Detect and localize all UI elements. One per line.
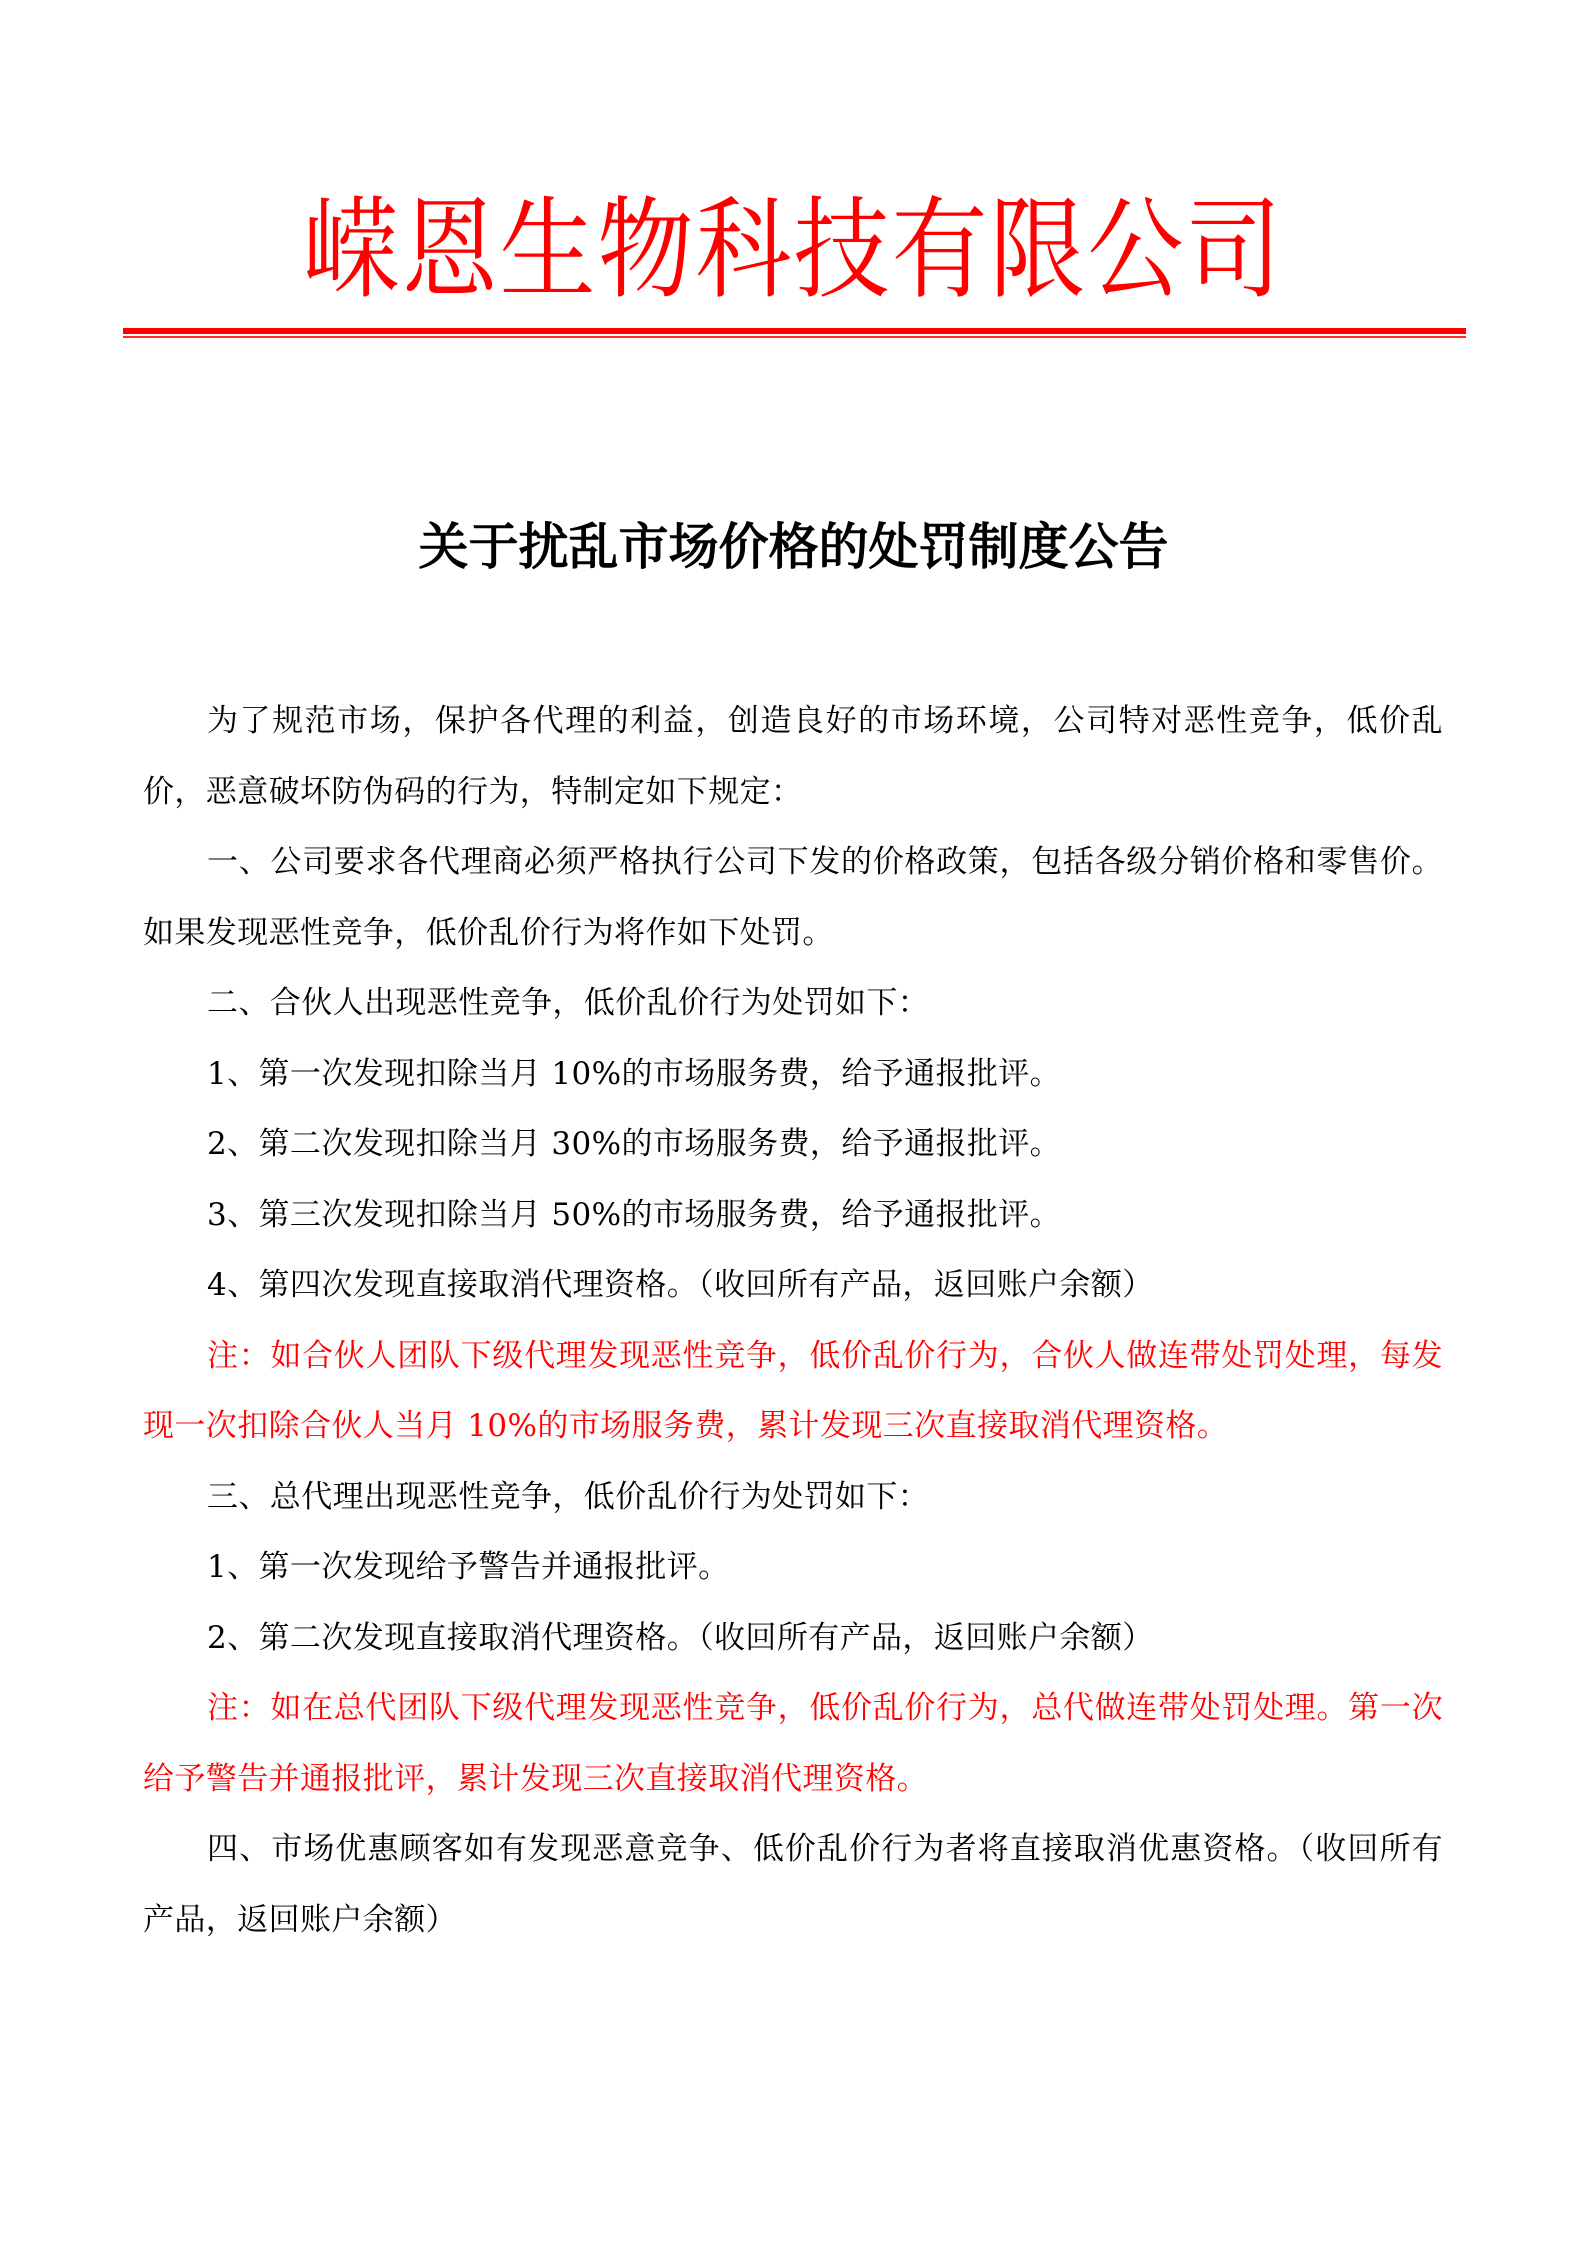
document-title: 关于扰乱市场价格的处罚制度公告: [0, 512, 1587, 582]
section-3-item-2: 2、第二次发现直接取消代理资格。（收回所有产品，返回账户余额）: [143, 1603, 1443, 1674]
letterhead-divider-thin: [123, 336, 1466, 338]
company-letterhead: 嵘恩生物科技有限公司: [0, 181, 1587, 319]
section-4-paragraph: 四、市场优惠顾客如有发现恶意竞争、低价乱价行为者将直接取消优惠资格。（收回所有产…: [143, 1814, 1443, 1955]
letterhead-divider-thick: [123, 328, 1466, 334]
section-1-paragraph: 一、公司要求各代理商必须严格执行公司下发的价格政策，包括各级分销价格和零售价。如…: [143, 827, 1443, 968]
section-2-heading: 二、合伙人出现恶性竞争，低价乱价行为处罚如下：: [143, 968, 1443, 1039]
section-2-note: 注：如合伙人团队下级代理发现恶性竞争，低价乱价行为，合伙人做连带处罚处理，每发现…: [143, 1321, 1443, 1462]
section-3-item-1: 1、第一次发现给予警告并通报批评。: [143, 1532, 1443, 1603]
section-3-note: 注：如在总代团队下级代理发现恶性竞争，低价乱价行为，总代做连带处罚处理。第一次给…: [143, 1673, 1443, 1814]
section-2-item-4: 4、第四次发现直接取消代理资格。（收回所有产品，返回账户余额）: [143, 1250, 1443, 1321]
document-body: 为了规范市场，保护各代理的利益，创造良好的市场环境，公司特对恶性竞争，低价乱价，…: [143, 686, 1443, 1955]
section-2-item-3: 3、第三次发现扣除当月 50%的市场服务费，给予通报批评。: [143, 1180, 1443, 1251]
section-2-item-1: 1、第一次发现扣除当月 10%的市场服务费，给予通报批评。: [143, 1039, 1443, 1110]
intro-paragraph: 为了规范市场，保护各代理的利益，创造良好的市场环境，公司特对恶性竞争，低价乱价，…: [143, 686, 1443, 827]
section-2-item-2: 2、第二次发现扣除当月 30%的市场服务费，给予通报批评。: [143, 1109, 1443, 1180]
section-3-heading: 三、总代理出现恶性竞争，低价乱价行为处罚如下：: [143, 1462, 1443, 1533]
